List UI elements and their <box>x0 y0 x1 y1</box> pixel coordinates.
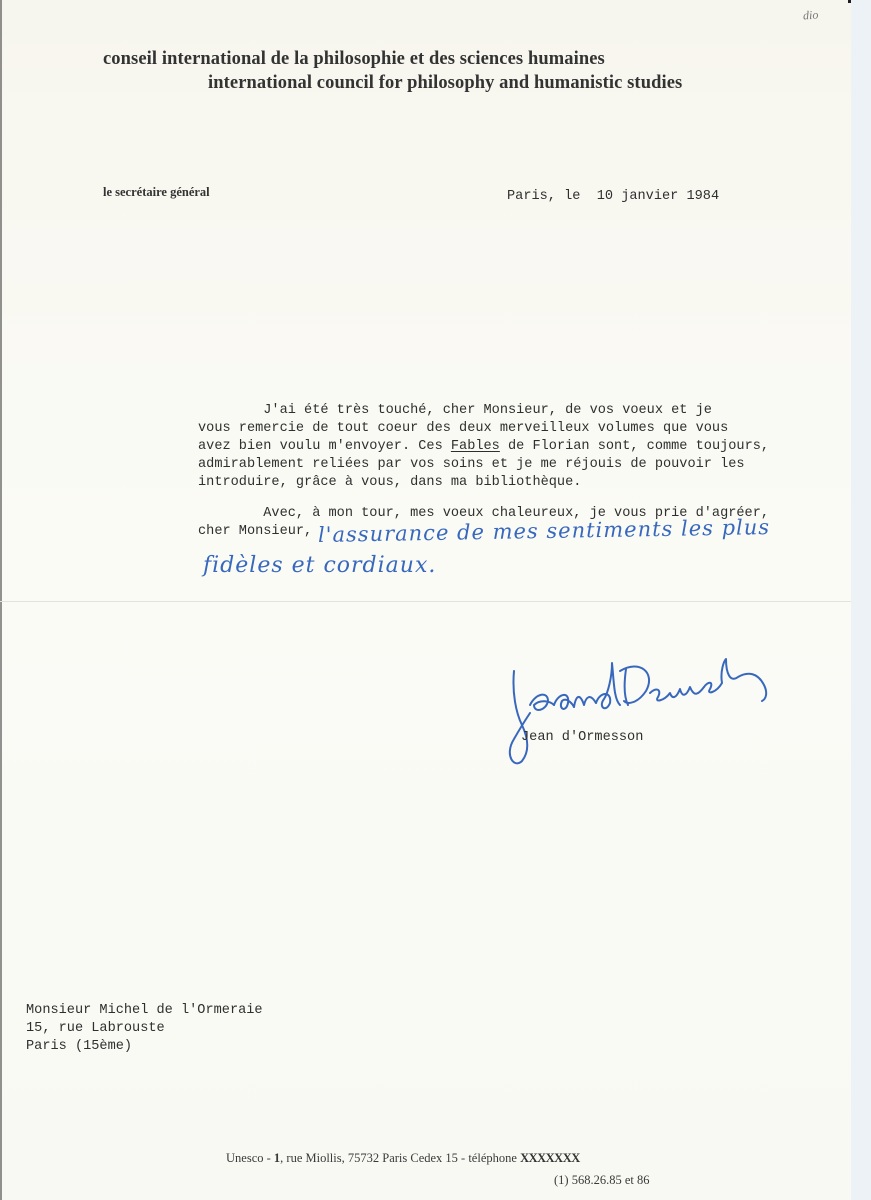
letter-page: dio conseil international de la philosop… <box>0 0 871 1200</box>
corner-annotation: dio <box>802 7 818 23</box>
letterhead-french: conseil international de la philosophie … <box>103 49 605 70</box>
scan-left-edge <box>0 0 2 1200</box>
paper-fold-line <box>0 601 851 602</box>
footer-address: Unesco - 1, rue Miollis, 75732 Paris Ced… <box>226 1151 580 1166</box>
letterhead-english: international council for philosophy and… <box>208 73 682 94</box>
handwritten-closing-line-2: fidèles et cordiaux. <box>203 553 436 578</box>
body-line: avez bien voulu m'envoyer. Ces Fables de… <box>198 438 769 456</box>
typed-signatory-name: Jean d'Ormesson <box>521 729 643 747</box>
struck-phone-number: XXXXXXX <box>520 1151 580 1165</box>
letter-paragraph-1: J'ai été très touché, cher Monsieur, de … <box>198 402 769 492</box>
scan-right-margin <box>851 0 871 1200</box>
body-line: J'ai été très touché, cher Monsieur, de … <box>198 402 769 420</box>
body-text-fragment: de Florian sont, comme toujours, <box>500 439 769 454</box>
recipient-name: Monsieur Michel de l'Ormeraie <box>26 1002 263 1020</box>
sender-title: le secrétaire général <box>103 185 210 200</box>
recipient-street: 15, rue Labrouste <box>26 1020 263 1038</box>
footer-new-phone: (1) 568.26.85 et 86 <box>554 1173 649 1188</box>
book-title-fables: Fables <box>451 439 500 454</box>
recipient-address: Monsieur Michel de l'Ormeraie15, rue Lab… <box>26 1002 263 1056</box>
body-line: introduire, grâce à vous, dans ma biblio… <box>198 474 769 492</box>
date-line: Paris, le 10 janvier 1984 <box>507 188 719 206</box>
body-text-fragment: avez bien voulu m'envoyer. Ces <box>198 439 451 454</box>
body-line: admirablement reliées par vos soins et j… <box>198 456 769 474</box>
body-line: vous remercie de tout coeur des deux mer… <box>198 420 769 438</box>
handwritten-signature <box>500 643 770 773</box>
footer-street: , rue Miollis, 75732 Paris Cedex 15 - té… <box>280 1151 520 1165</box>
recipient-city: Paris (15ème) <box>26 1038 263 1056</box>
footer-org: Unesco - <box>226 1151 274 1165</box>
